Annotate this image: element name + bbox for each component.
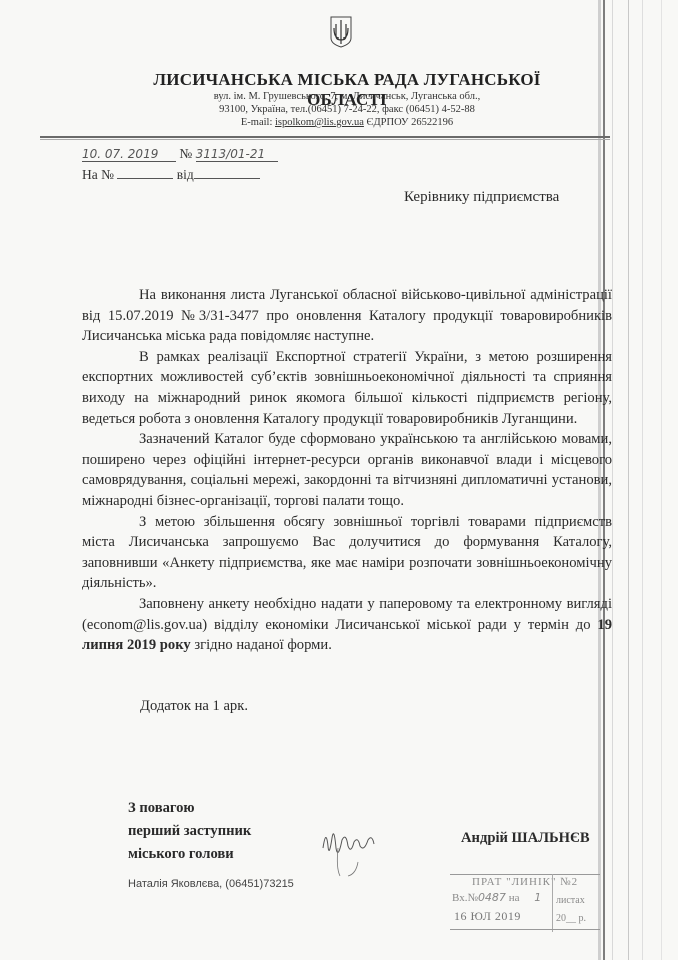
deadline-text-end: згідно наданої форми. bbox=[191, 637, 332, 653]
stamp-divider bbox=[552, 874, 553, 932]
paragraph: На виконання листа Луганської обласної в… bbox=[82, 285, 612, 347]
scan-artifact-line bbox=[661, 0, 662, 960]
header-divider bbox=[40, 136, 610, 138]
outgoing-date: 10. 07. 2019 bbox=[82, 147, 176, 162]
email-label: E-mail: bbox=[241, 117, 275, 128]
paragraph: Зазначений Каталог буде сформовано украї… bbox=[82, 429, 612, 511]
edrpou-code: ЄДРПОУ 26522196 bbox=[364, 117, 453, 128]
executor-contact: Наталія Яковлєва, (06451)73215 bbox=[128, 878, 294, 890]
paragraph: З метою збільшення обсягу зовнішньої тор… bbox=[82, 512, 612, 594]
year-label: 20__ р. bbox=[556, 913, 586, 924]
signature-block: З повагою перший заступник міського голо… bbox=[128, 797, 251, 866]
on-label: на bbox=[509, 892, 520, 904]
signer-position-line1: перший заступник bbox=[128, 820, 251, 843]
from-label: від bbox=[177, 167, 194, 182]
paragraph-deadline: Заповнену анкету необхідно надати у папе… bbox=[82, 594, 612, 656]
handwritten-signature-icon bbox=[318, 818, 378, 878]
email-link[interactable]: ispolkom@lis.gov.ua bbox=[275, 117, 364, 128]
sheets-count: 1 bbox=[534, 891, 541, 904]
incoming-label: Вх.№ bbox=[452, 892, 478, 904]
deadline-text-start: Заповнену анкету необхідно надати у папе… bbox=[82, 596, 612, 633]
email-line: E-mail: ispolkom@lis.gov.ua ЄДРПОУ 26522… bbox=[127, 117, 567, 128]
reply-registration: На № від bbox=[82, 164, 260, 183]
address-line: вул. ім. М. Грушевського, 7, м. Лисичанс… bbox=[127, 91, 567, 102]
sheets-label: листах bbox=[556, 895, 585, 906]
number-label: № bbox=[179, 146, 192, 161]
stamp-border bbox=[450, 929, 600, 930]
incoming-registration-stamp: ПРАТ "ЛИНІК" №2 Вх.№0487 на 1 листах 16 … bbox=[450, 871, 600, 933]
scan-artifact-line bbox=[628, 0, 629, 960]
recipient: Керівнику підприємства bbox=[404, 189, 559, 206]
outgoing-registration: 10. 07. 2019 № 3113/01-21 bbox=[82, 146, 278, 162]
scan-artifact-line bbox=[612, 0, 613, 960]
signer-name: Андрій ШАЛЬНЄВ bbox=[461, 830, 590, 847]
paragraph: В рамках реалізації Експортної стратегії… bbox=[82, 347, 612, 429]
stamp-incoming-number: Вх.№0487 на 1 bbox=[452, 891, 541, 904]
stamp-date: 16 ЮЛ 2019 bbox=[454, 909, 521, 924]
closing-phrase: З повагою bbox=[128, 797, 251, 820]
stamp-border bbox=[450, 874, 600, 875]
incoming-number: 0487 bbox=[478, 891, 506, 904]
contacts-line: 93100, Україна, тел.(06451) 7-24-22, фак… bbox=[127, 104, 567, 115]
scan-artifact-line bbox=[642, 0, 643, 960]
letter-page: ЛИСИЧАНСЬКА МІСЬКА РАДА ЛУГАНСЬКОЇ ОБЛАС… bbox=[0, 0, 678, 960]
annex-note: Додаток на 1 арк. bbox=[140, 698, 248, 715]
header-divider-thin bbox=[40, 139, 610, 140]
signer-position-line2: міського голови bbox=[128, 843, 251, 866]
outgoing-number: 3113/01-21 bbox=[196, 147, 278, 162]
reply-number-field bbox=[117, 164, 173, 179]
tryzub-coat-of-arms-icon bbox=[330, 16, 352, 48]
reply-date-field bbox=[194, 164, 260, 179]
reply-number-label: На № bbox=[82, 167, 114, 182]
stamp-title: ПРАТ "ЛИНІК" №2 bbox=[472, 876, 578, 888]
letter-body: На виконання листа Луганської обласної в… bbox=[82, 285, 612, 656]
